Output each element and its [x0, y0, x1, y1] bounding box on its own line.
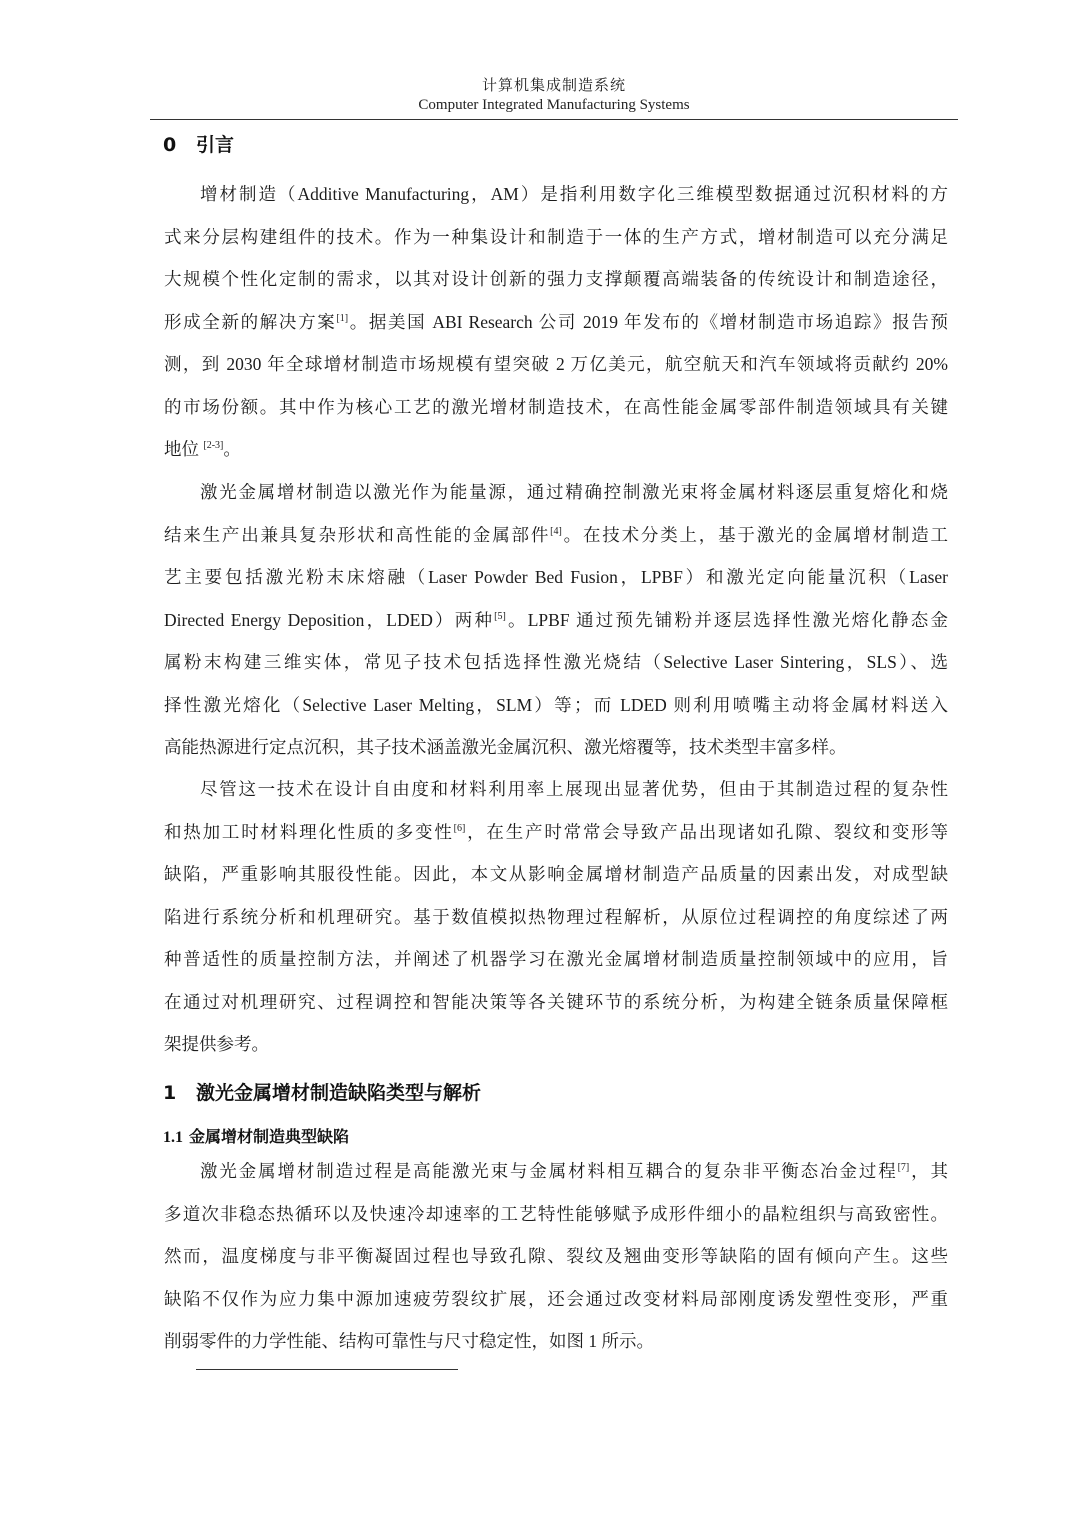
text-line: 尽管这一技术在设计自由度和材料利用率上展现出显著优势，但由于其制造过程的复杂性: [164, 768, 948, 811]
footnote-rule: [196, 1369, 458, 1370]
text-line: 属粉末构建三维实体，常见子技术包括选择性激光烧结（Selective Laser…: [164, 641, 948, 684]
text-line: 地位 [2-3]。: [164, 428, 948, 471]
text-line: 择性激光熔化（Selective Laser Melting，SLM）等；而 L…: [164, 684, 948, 727]
text-line: Directed Energy Deposition，LDED）两种[5]。LP…: [164, 599, 948, 642]
section-number: 1: [163, 1081, 196, 1105]
text-line: 种普适性的质量控制方法，并阐述了机器学习在激光金属增材制造质量控制领域中的应用，…: [164, 938, 948, 981]
section-heading-1: 1激光金属增材制造缺陷类型与解析: [163, 1081, 481, 1105]
citation: [2-3]: [203, 440, 223, 451]
text-line: 缺陷不仅作为应力集中源加速疲劳裂纹扩展，还会通过改变材料局部刚度诱发塑性变形，严…: [164, 1278, 948, 1321]
text-line: 激光金属增材制造过程是高能激光束与金属材料相互耦合的复杂非平衡态冶金过程[7]，…: [164, 1150, 948, 1193]
text-line: 在通过对机理研究、过程调控和智能决策等各关键环节的系统分析，为构建全链条质量保障…: [164, 981, 948, 1024]
section-number: 0: [163, 133, 196, 157]
text-line: 大规模个性化定制的需求，以其对设计创新的强力支撑颠覆高端装备的传统设计和制造途径…: [164, 258, 948, 301]
text-line: 缺陷，严重影响其服役性能。因此，本文从影响金属增材制造产品质量的因素出发，对成型…: [164, 853, 948, 896]
running-header: 计算机集成制造系统 Computer Integrated Manufactur…: [150, 76, 958, 114]
journal-title-en: Computer Integrated Manufacturing System…: [150, 96, 958, 114]
text-line: 削弱零件的力学性能、结构可靠性与尺寸稳定性，如图 1 所示。: [164, 1320, 948, 1363]
text-line: 高能热源进行定点沉积，其子技术涵盖激光金属沉积、激光熔覆等，技术类型丰富多样。: [164, 726, 948, 769]
paragraph-section-1-1: 激光金属增材制造过程是高能激光束与金属材料相互耦合的复杂非平衡态冶金过程[7]，…: [164, 1150, 948, 1363]
text-line: 艺主要包括激光粉末床熔融（Laser Powder Bed Fusion，LPB…: [164, 556, 948, 599]
paragraph-intro-1: 增材制造（Additive Manufacturing，AM）是指利用数字化三维…: [164, 173, 948, 471]
header-rule: [150, 119, 958, 120]
subsection-title: 金属增材制造典型缺陷: [189, 1127, 349, 1146]
paragraph-intro-2: 激光金属增材制造以激光作为能量源，通过精确控制激光束将金属材料逐层重复熔化和烧 …: [164, 471, 948, 769]
text-line: 式来分层构建组件的技术。作为一种集设计和制造于一体的生产方式，增材制造可以充分满…: [164, 216, 948, 259]
text-line: 和热加工时材料理化性质的多变性[6]，在生产时常常会导致产品出现诸如孔隙、裂纹和…: [164, 811, 948, 854]
section-title: 激光金属增材制造缺陷类型与解析: [196, 1082, 481, 1104]
text-line: 形成全新的解决方案[1]。据美国 ABI Research 公司 2019 年发…: [164, 301, 948, 344]
text-line: 测，到 2030 年全球增材制造市场规模有望突破 2 万亿美元，航空航天和汽车领…: [164, 343, 948, 386]
paragraph-intro-3: 尽管这一技术在设计自由度和材料利用率上展现出显著优势，但由于其制造过程的复杂性 …: [164, 768, 948, 1066]
text-line: 结来生产出兼具复杂形状和高性能的金属部件[4]。在技术分类上，基于激光的金属增材…: [164, 514, 948, 557]
text-line: 架提供参考。: [164, 1023, 948, 1066]
citation: [6]: [454, 823, 466, 834]
text-line: 增材制造（Additive Manufacturing，AM）是指利用数字化三维…: [164, 173, 948, 216]
citation: [5]: [494, 611, 506, 622]
text-line: 然而，温度梯度与非平衡凝固过程也导致孔隙、裂纹及翘曲变形等缺陷的固有倾向产生。这…: [164, 1235, 948, 1278]
citation: [7]: [898, 1162, 910, 1173]
subsection-heading-1-1: 1.1金属增材制造典型缺陷: [163, 1126, 349, 1149]
section-title: 引言: [196, 134, 234, 156]
section-heading-0: 0引言: [163, 133, 234, 157]
journal-title-cn: 计算机集成制造系统: [150, 76, 958, 96]
citation: [4]: [550, 526, 562, 537]
text-line: 的市场份额。其中作为核心工艺的激光增材制造技术，在高性能金属零部件制造领域具有关…: [164, 386, 948, 429]
subsection-number: 1.1: [163, 1129, 183, 1146]
text-line: 陷进行系统分析和机理研究。基于数值模拟热物理过程解析，从原位过程调控的角度综述了…: [164, 896, 948, 939]
text-line: 激光金属增材制造以激光作为能量源，通过精确控制激光束将金属材料逐层重复熔化和烧: [164, 471, 948, 514]
text-line: 多道次非稳态热循环以及快速冷却速率的工艺特性能够赋予成形件细小的晶粒组织与高致密…: [164, 1193, 948, 1236]
citation: [1]: [336, 313, 348, 324]
